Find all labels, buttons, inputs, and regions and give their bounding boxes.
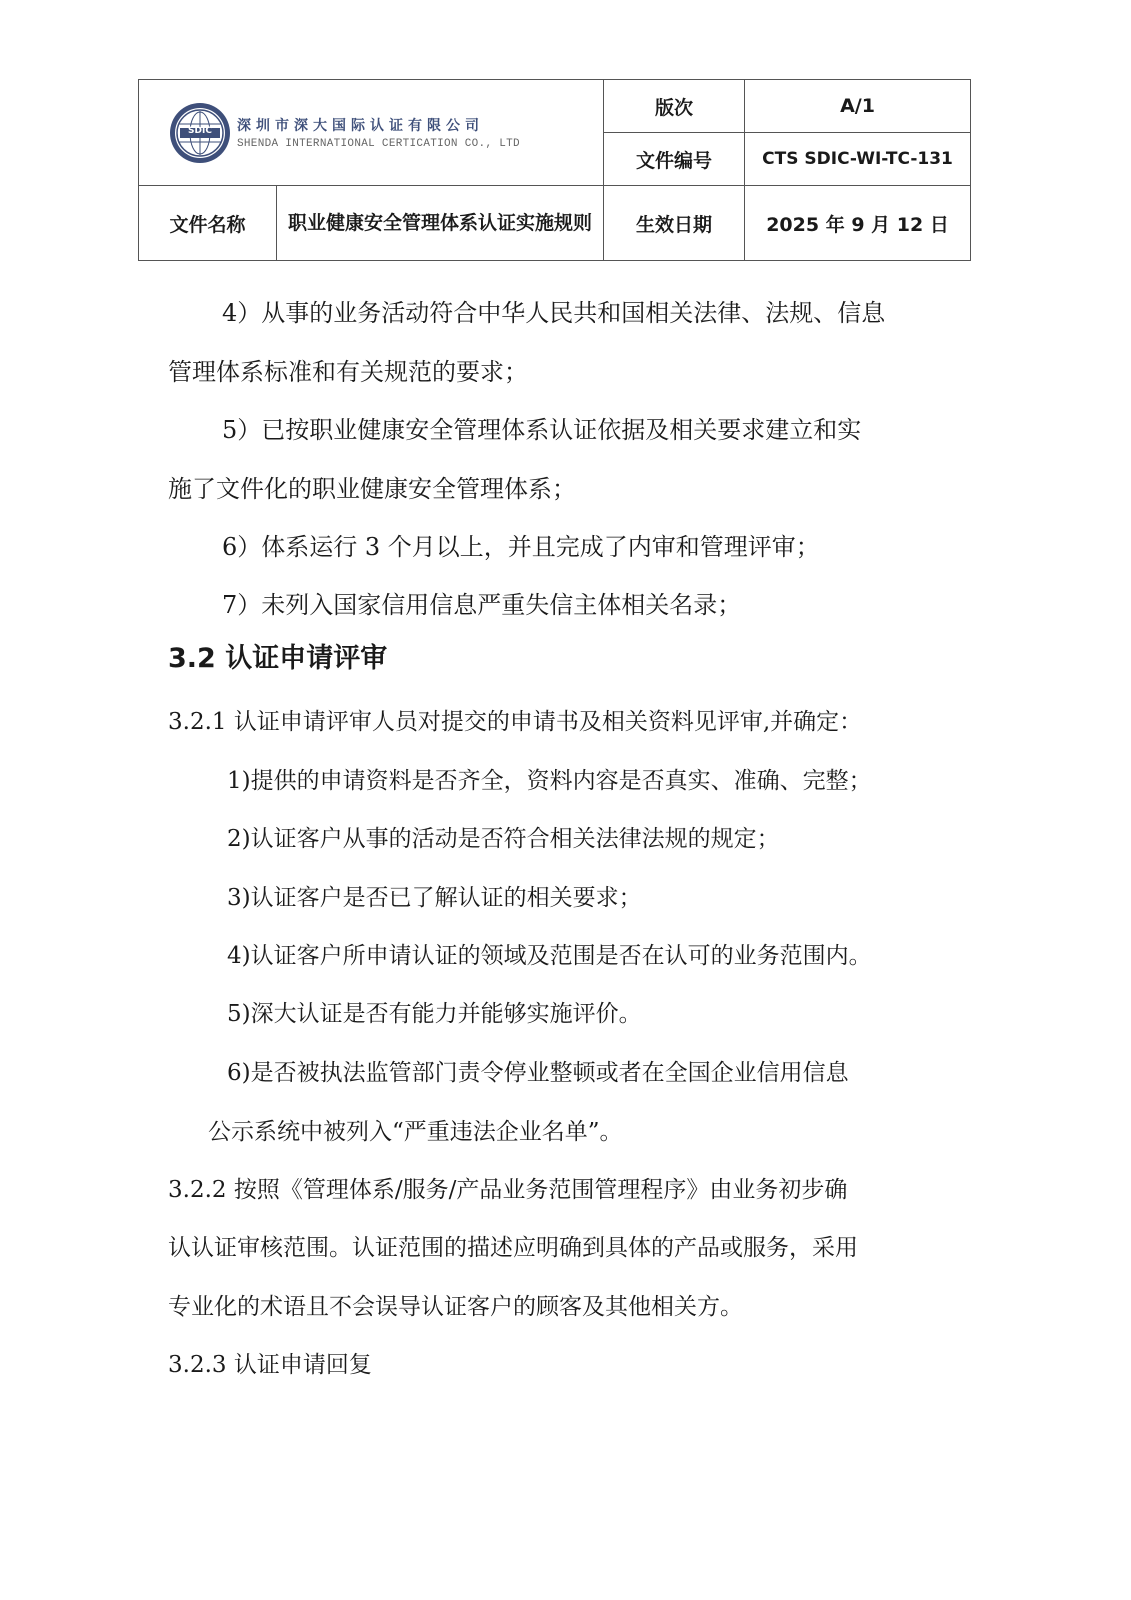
effective-date-label: 生效日期 [604,186,745,261]
review-item-2: 2)认证客户从事的活动是否符合相关法律法规的规定； [227,820,780,853]
company-name-cn: 深圳市深大国际认证有限公司 [237,115,520,135]
paragraph-item-4: 4）从事的业务活动符合中华人民共和国相关法律、法规、信息 [222,293,885,328]
doc-name-value: 职业健康安全管理体系认证实施规则 [277,186,604,261]
paragraph-item-7: 7）未列入国家信用信息严重失信主体相关名录； [222,585,741,620]
paragraph-item-6: 6）体系运行 3 个月以上，并且完成了内审和管理评审； [222,527,820,562]
clause-3-2-2-cont-2: 专业化的术语且不会误导认证客户的顾客及其他相关方。 [168,1288,743,1321]
company-logo-cell: SDIC 深圳市深大国际认证有限公司 SHENDA INTERNATIONAL … [139,80,604,186]
clause-3-2-3: 3.2.3 认证申请回复 [168,1346,372,1379]
edition-label: 版次 [604,80,745,133]
paragraph-item-4-cont: 管理体系标准和有关规范的要求； [168,352,528,387]
clause-3-2-2-cont-1: 认认证审核范围。认证范围的描述应明确到具体的产品或服务，采用 [168,1229,858,1262]
clause-3-2-1: 3.2.1 认证申请评审人员对提交的申请书及相关资料见评审,并确定： [168,703,862,736]
review-item-6-cont: 公示系统中被列入“严重违法企业名单”。 [208,1113,623,1146]
review-item-1: 1)提供的申请资料是否齐全，资料内容是否真实、准确、完整； [227,762,872,795]
review-item-4: 4)认证客户所申请认证的领域及范围是否在认可的业务范围内。 [227,937,872,970]
logo-abbrev: SDIC [169,126,231,136]
doc-number-label: 文件编号 [604,133,745,186]
document-header-table: SDIC 深圳市深大国际认证有限公司 SHENDA INTERNATIONAL … [138,79,971,261]
doc-name-label: 文件名称 [139,186,277,261]
paragraph-item-5-cont: 施了文件化的职业健康安全管理体系； [168,469,576,504]
review-item-6: 6)是否被执法监管部门责令停业整顿或者在全国企业信用信息 [227,1054,849,1087]
company-logo-icon: SDIC [169,102,231,164]
effective-date-value: 2025 年 9 月 12 日 [745,186,971,261]
clause-3-2-2: 3.2.2 按照《管理体系/服务/产品业务范围管理程序》由业务初步确 [168,1171,847,1204]
edition-value: A/1 [745,80,971,133]
section-heading-3-2: 3.2 认证申请评审 [168,636,387,675]
company-name-en: SHENDA INTERNATIONAL CERTICATION CO., LT… [237,138,520,150]
paragraph-item-5: 5）已按职业健康安全管理体系认证依据及相关要求建立和实 [222,410,861,445]
review-item-3: 3)认证客户是否已了解认证的相关要求； [227,879,642,912]
review-item-5: 5)深大认证是否有能力并能够实施评价。 [227,995,642,1028]
doc-number-value: CTS SDIC-WI-TC-131 [745,133,971,186]
